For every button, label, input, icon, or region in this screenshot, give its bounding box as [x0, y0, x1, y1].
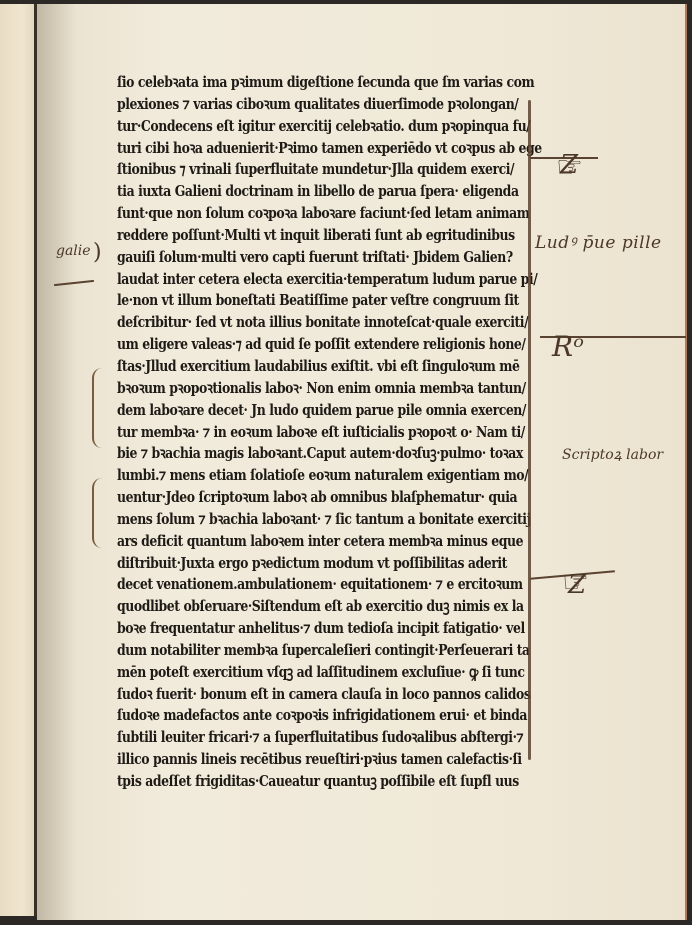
text-line: ſudoꝛ fuerit· bonum eſt in camera clauſa…	[117, 684, 535, 706]
facing-page-edge	[0, 4, 36, 916]
text-line: reddere poſſunt·Multi vt inquit liberati…	[117, 225, 535, 247]
text-line: uentur·Jdeo ſcriptoꝛum laboꝛ ab omnibus …	[117, 487, 535, 509]
text-line: mens ſolum ⁊ bꝛachia laboꝛant· ⁊ ſic tan…	[117, 509, 535, 531]
text-line: le·non vt illum boneſtati Beatiſſime pat…	[117, 290, 535, 312]
manicule-z-stroke: Z	[560, 150, 578, 180]
text-line: bꝛoꝛum pꝛopoꝛtionalis laboꝛ· Non enim om…	[117, 378, 535, 400]
text-line: deſcribitur· ſed vt nota illius bonitate…	[117, 312, 535, 334]
text-line: ſudoꝛe madefactos ante coꝛpoꝛis infrigid…	[117, 705, 535, 727]
text-line: turi cibi hoꝛa aduenierit·Pꝛimo tamen ex…	[117, 138, 535, 160]
text-line: illico pannis lineis recētibus reueſtiri…	[117, 749, 535, 771]
text-line: plexiones ⁊ varias ciboꝛum qualitates di…	[117, 94, 535, 116]
text-line: gauiſi ſolum·multi vero capti fuerunt tr…	[117, 247, 535, 269]
right-marginal-note-ludus: Ludꝰ p̄ue pille	[535, 230, 662, 253]
gutter-shadow	[37, 4, 77, 920]
text-line: um eligere valeas·⁊ ad quid ſe poſſit ex…	[117, 334, 535, 356]
text-line: ſtionibus ⁊ vrinali ſuperfluitate mundet…	[117, 159, 535, 181]
right-marginal-note-scriptorum: Scriptoꝝ labor	[562, 445, 663, 464]
left-note-bracket: )	[93, 240, 102, 265]
text-line: ſtas·Jllud exercitium laudabilius exiſti…	[117, 356, 535, 378]
text-line: dum notabiliter membꝛa ſupercaleſieri co…	[117, 640, 535, 662]
text-line: tur·Condecens eſt igitur exercitij celeb…	[117, 116, 535, 138]
text-line: mēn poteſt exercitium vſqꝫ ad laſſitudin…	[117, 662, 535, 684]
manicule-z-stroke-lower: Z	[568, 570, 586, 600]
text-line: tur membꝛa· ⁊ in eoꝛum laboꝛe eſt iuſtic…	[117, 422, 535, 444]
text-line: dem laboꝛare decet· Jn ludo quidem parue…	[117, 400, 535, 422]
text-line: ſunt·que non ſolum coꝛpoꝛa laboꝛare faci…	[117, 203, 535, 225]
printed-text-block: ſio celebꝛata ima pꝛimum digeſtione ſecu…	[117, 72, 535, 793]
text-line: quodlibet obſeruare·Siſtendum eſt ab exe…	[117, 596, 535, 618]
text-line: bie ⁊ bꝛachia magis laboꝛant.Caput autem…	[117, 443, 535, 465]
right-marginal-note-r: Rᵒ	[552, 330, 584, 363]
margin-rule-line	[528, 100, 531, 760]
left-marginal-note: galie	[56, 243, 91, 259]
text-line: ſubtili leuiter fricari·⁊ a ſuperfluitat…	[117, 727, 535, 749]
text-line: diſtribuit·Juxta ergo pꝛedictum modum vt…	[117, 553, 535, 575]
text-line: tpis adeſſet frigiditas·Caueatur quantuꝫ…	[117, 771, 535, 793]
text-line: lumbi.⁊ mens etiam ſolatioſe eoꝛum natur…	[117, 465, 535, 487]
text-line: laudat inter cetera electa exercitia·tem…	[117, 269, 535, 291]
left-margin-bracket-1	[92, 368, 104, 448]
text-line: tia iuxta Galieni doctrinam in libello d…	[117, 181, 535, 203]
text-line: ſio celebꝛata ima pꝛimum digeſtione ſecu…	[117, 72, 535, 94]
text-line: boꝛe frequentatur anhelitus·⁊ dum tedioſ…	[117, 618, 535, 640]
text-line: decet venationem.ambulationem· equitatio…	[117, 574, 535, 596]
left-margin-bracket-2	[92, 478, 104, 548]
text-line: ars deficit quantum laboꝛem inter cetera…	[117, 531, 535, 553]
